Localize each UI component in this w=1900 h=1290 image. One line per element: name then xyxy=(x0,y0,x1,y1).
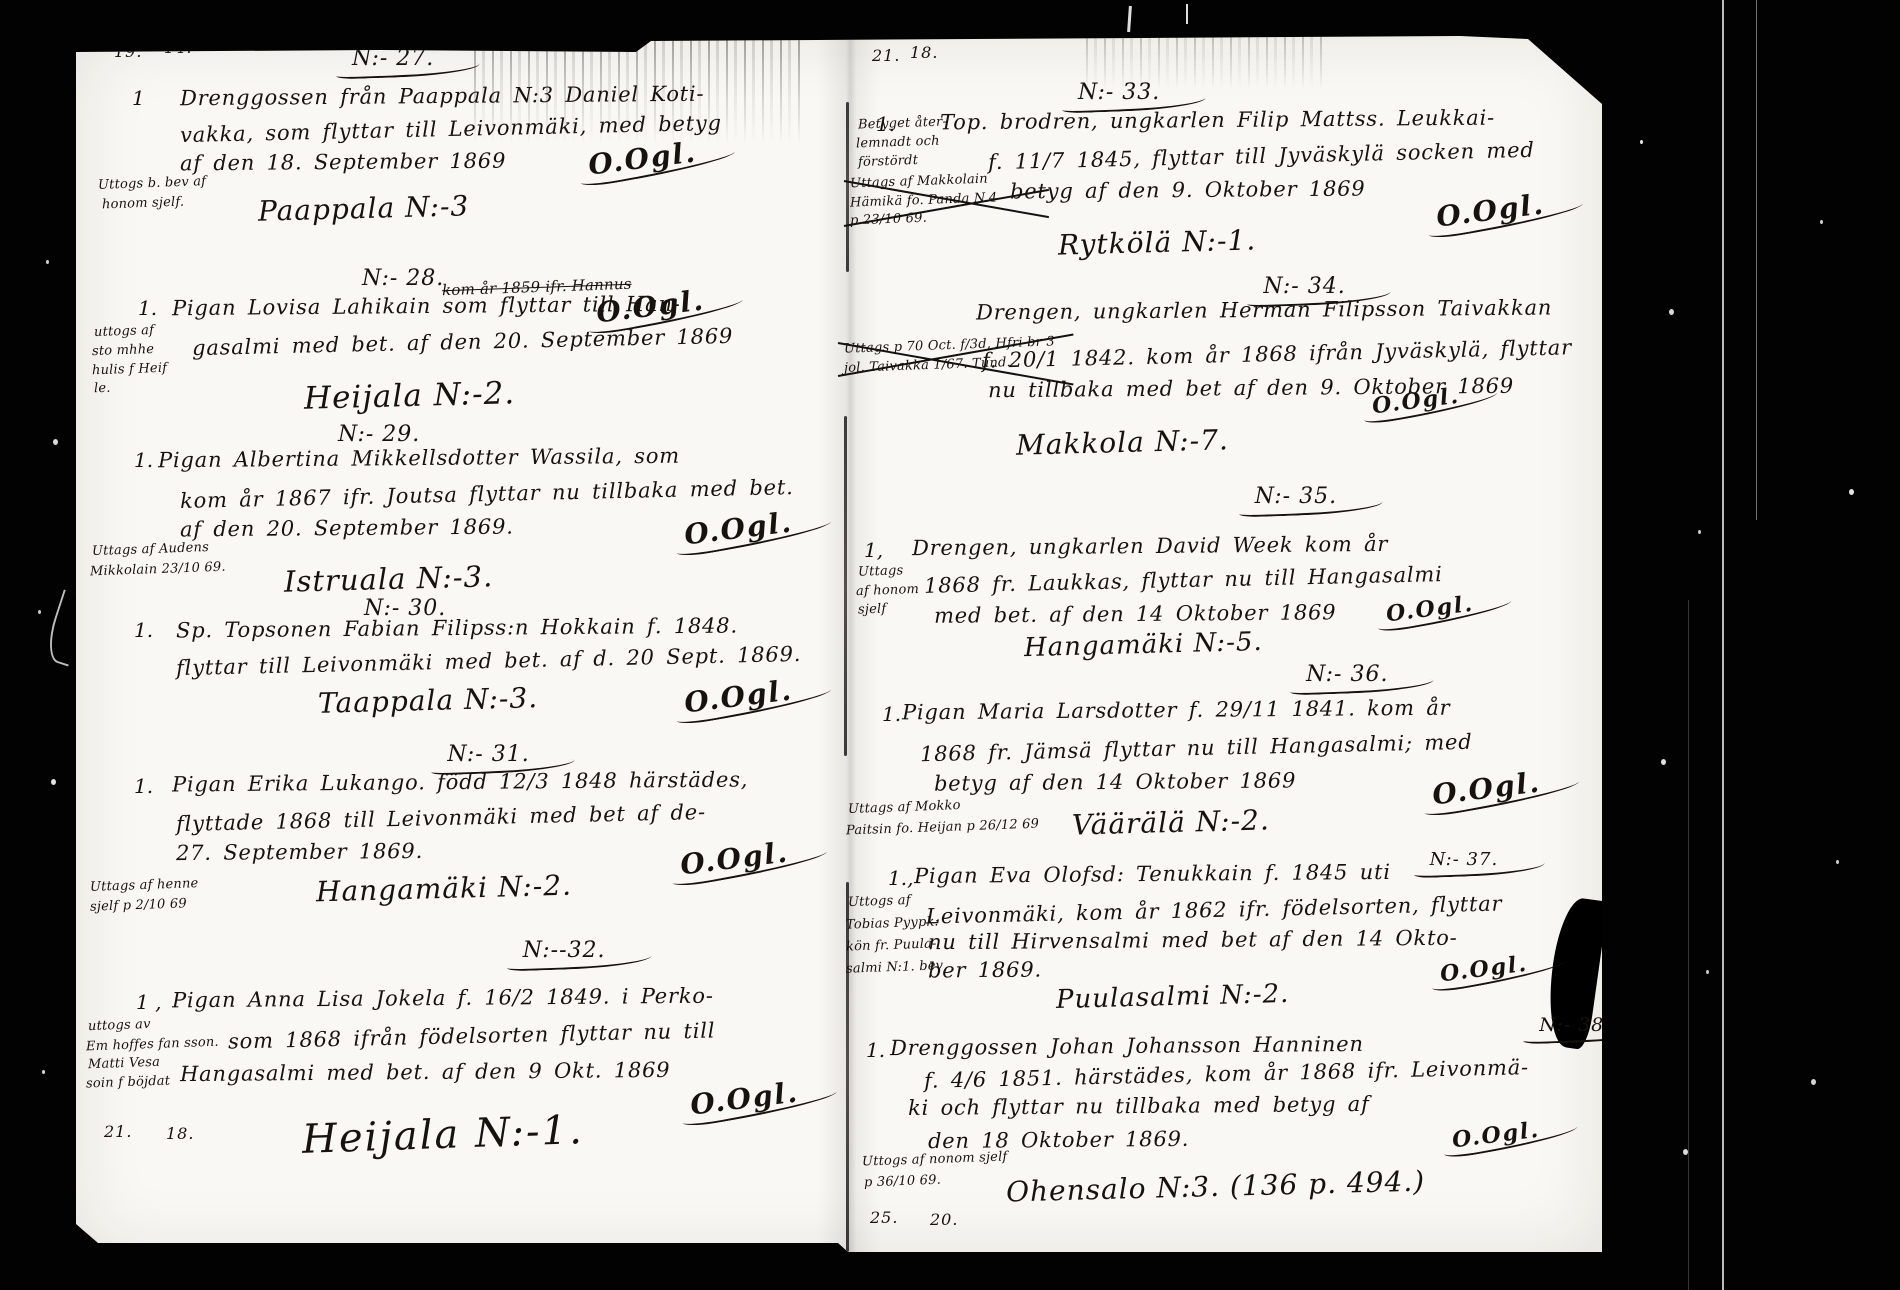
entry-34-line: Drengen, ungkarlen Herman Filipsson Taiv… xyxy=(976,295,1552,324)
film-scratch xyxy=(1186,4,1188,24)
entry-35-index: 1, xyxy=(864,538,883,562)
entry-33-crossed-line: p 23/10 69. xyxy=(850,211,927,229)
entry-37-signature: O.Ogl. xyxy=(1439,951,1530,988)
entry-35-line: med bet. af den 14 Oktober 1869 xyxy=(934,600,1337,628)
entry-33-margin-note: lemnadt och xyxy=(856,134,940,152)
entry-35-margin-note: Uttags xyxy=(858,563,904,580)
film-scratch xyxy=(1688,600,1689,1290)
entry-36-line: 1868 fr. Jämsä flyttar nu till Hangasalm… xyxy=(920,730,1473,767)
entry-38-line: den 18 Oktober 1869. xyxy=(928,1127,1189,1153)
entry-38-margin-note: p 36/10 69. xyxy=(864,1173,941,1191)
entry-38-number: N:- 38. xyxy=(1539,1014,1611,1036)
entry-37-index: 1., xyxy=(888,866,913,890)
entry-36-signature: O.Ogl. xyxy=(1430,765,1542,811)
entry-36-margin-note: Paitsin fo. Heijan p 26/12 69 xyxy=(846,817,1040,839)
entry-33-crossed-line: Hämikä fo. Panda N.4 xyxy=(850,190,998,210)
right-page: 21. 18. N:- 33. 1. Top. brodren, ungkarl… xyxy=(76,36,1602,1252)
entry-36-place: Väärälä N:-2. xyxy=(1072,803,1271,841)
paper-sheet: 19. 14. N:- 27. 1 Drenggossen från Paapp… xyxy=(76,36,1602,1252)
entry-37-place: Puulasalmi N:-2. xyxy=(1056,979,1290,1015)
entry-38-index: 1. xyxy=(866,1038,885,1062)
film-scratch xyxy=(1127,6,1132,32)
entry-37-line: nu till Hirvensalmi med bet af den 14 Ok… xyxy=(928,926,1458,955)
scanned-register-spread: 19. 14. N:- 27. 1 Drenggossen från Paapp… xyxy=(0,0,1900,1290)
entry-36-index: 1. xyxy=(882,702,901,726)
entry-38-line: ki och flyttar nu tillbaka med betyg af xyxy=(908,1092,1370,1120)
film-scratch xyxy=(1756,0,1757,520)
entry-36-line: Pigan Maria Larsdotter f. 29/11 1841. ko… xyxy=(902,696,1451,725)
entry-35-margin-note: sjelf xyxy=(858,602,887,618)
folio-number: 21. xyxy=(872,46,900,65)
entry-34-crossed-margin: Uttags p 70 Oct. f/3d, Hfri br 3 jol. Ta… xyxy=(844,338,1074,382)
entry-37-line: Leivonmäki, kom år 1862 ifr. födelsorten… xyxy=(926,891,1503,928)
entry-33-line: f. 11/7 1845, flyttar till Jyväskylä soc… xyxy=(988,138,1535,174)
folio-number: 25. xyxy=(870,1208,898,1227)
entry-35-margin-note: af honom xyxy=(856,582,920,599)
entry-36-line: betyg af den 14 Oktober 1869 xyxy=(934,768,1296,795)
entry-36-number: N:- 36. xyxy=(1306,662,1388,687)
entry-35-line: Drengen, ungkarlen David Week kom år xyxy=(912,532,1388,560)
entry-38-line: f. 4/6 1851. härstädes, kom år 1868 ifr.… xyxy=(924,1055,1529,1093)
folio-number: 20. xyxy=(930,1210,958,1229)
entry-33-crossed-line: Uttags af Makkolain xyxy=(850,172,988,192)
film-scratch xyxy=(1722,0,1724,1290)
entry-36-margin-note: Uttags af Mokko xyxy=(848,798,961,817)
entry-34-place: Makkola N:-7. xyxy=(1016,423,1230,462)
entry-38-line: Drenggossen Johan Johansson Hanninen xyxy=(890,1032,1364,1060)
entry-37-line: Pigan Eva Olofsd: Tenukkain f. 1845 uti xyxy=(914,860,1391,888)
entry-37-number: N:- 37. xyxy=(1430,849,1499,870)
entry-34-crossed-line: jol. Taivakka 1/67. Tund. xyxy=(844,355,1011,376)
entry-33-number: N:- 33. xyxy=(1078,80,1160,105)
entry-33-signature: O.Ogl. xyxy=(1434,187,1546,233)
entry-37-line: ber 1869. xyxy=(928,958,1042,983)
entry-33-margin-note: Betyget åter- xyxy=(858,114,948,132)
entry-33-line: Top. brodren, ungkarlen Filip Mattss. Le… xyxy=(940,106,1495,135)
entry-38-margin-note: Uttogs af nonom sjelf xyxy=(862,1149,1008,1169)
entry-33-margin-note: förstördt xyxy=(858,153,919,170)
entry-35-place: Hangamäki N:-5. xyxy=(1024,627,1263,663)
folio-number: 18. xyxy=(910,43,938,62)
entry-34-number: N:- 34. xyxy=(1263,274,1345,299)
entry-37-margin-note: Uttogs af xyxy=(848,893,911,910)
entry-38-signature: O.Ogl. xyxy=(1451,1117,1542,1154)
entry-38-place: Ohensalo N:3. (136 p. 494.) xyxy=(1006,1165,1426,1209)
entry-34-crossed-line: Uttags p 70 Oct. f/3d, Hfri br 3 xyxy=(844,334,1055,356)
entry-35-line: 1868 fr. Laukkas, flyttar nu till Hangas… xyxy=(924,562,1443,598)
entry-37-margin-note: kön fr. Puula- xyxy=(846,936,937,954)
entry-33-place: Rytkölä N:-1. xyxy=(1058,223,1257,261)
entry-35-signature: O.Ogl. xyxy=(1385,591,1476,628)
entry-35-number: N:- 35. xyxy=(1255,484,1337,509)
film-specks xyxy=(1640,140,1643,144)
entry-33-line: betyg af den 9. Oktober 1869 xyxy=(1010,176,1366,203)
